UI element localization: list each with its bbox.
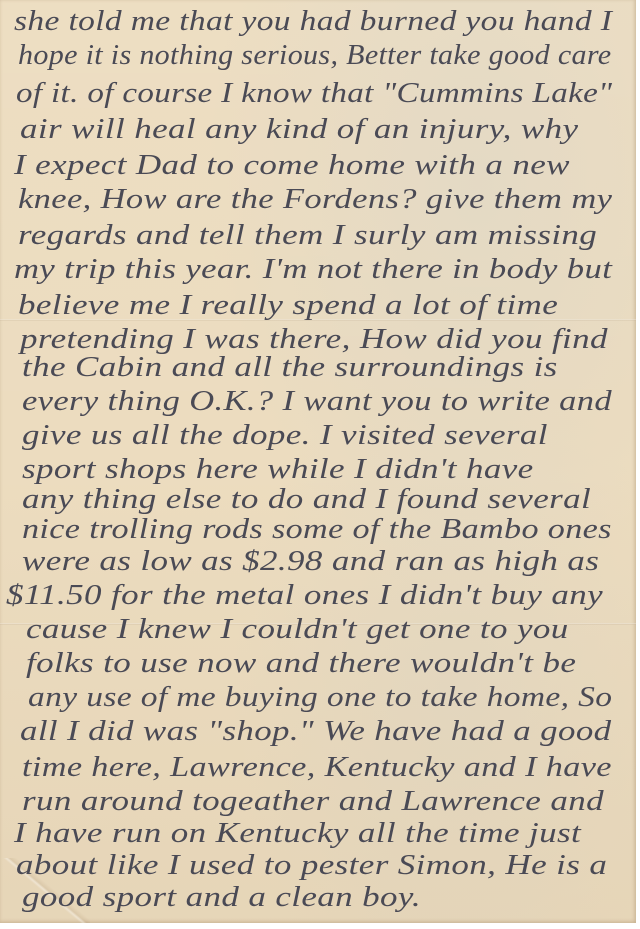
letter-line: my trip this year. I'm not there in body…	[14, 254, 612, 286]
letter-line: I have run on Kentucky all the time just	[14, 818, 581, 850]
letter-line: all I did was "shop." We have had a good	[20, 716, 611, 748]
letter-line: about like I used to pester Simon, He is…	[16, 850, 607, 882]
letter-line: of it. of course I know that "Cummins La…	[16, 78, 612, 110]
letter-line: $11.50 for the metal ones I didn't buy a…	[6, 580, 603, 612]
letter-line: knee, How are the Fordens? give them my	[18, 184, 612, 216]
letter-line: run around togeather and Lawrence and	[22, 786, 604, 818]
letter-line: hope it is nothing serious, Better take …	[18, 40, 611, 72]
letter-line: every thing O.K.? I want you to write an…	[22, 386, 612, 418]
letter-line: give us all the dope. I visited several	[22, 420, 548, 452]
letter-line: were as low as $2.98 and ran as high as	[22, 546, 599, 578]
letter-line: she told me that you had burned you hand…	[14, 6, 612, 38]
letter-line: the Cabin and all the surroundings is	[22, 352, 558, 384]
letter-page: she told me that you had burned you hand…	[0, 0, 636, 923]
letter-line: I expect Dad to come home with a new	[14, 150, 570, 182]
letter-line: nice trolling rods some of the Bambo one…	[22, 514, 612, 546]
letter-line: any thing else to do and I found several	[22, 484, 591, 516]
letter-line: folks to use now and there wouldn't be	[26, 648, 576, 680]
letter-line: good sport and a clean boy.	[22, 882, 421, 914]
letter-line: any use of me buying one to take home, S…	[28, 682, 612, 714]
letter-line: sport shops here while I didn't have	[22, 454, 534, 486]
letter-line: regards and tell them I surly am missing	[18, 220, 597, 252]
letter-line: time here, Lawrence, Kentucky and I have	[22, 752, 612, 784]
letter-line: cause I knew I couldn't get one to you	[26, 614, 569, 646]
letter-line: air will heal any kind of an injury, why	[20, 114, 578, 146]
letter-line: believe me I really spend a lot of time	[18, 290, 558, 322]
